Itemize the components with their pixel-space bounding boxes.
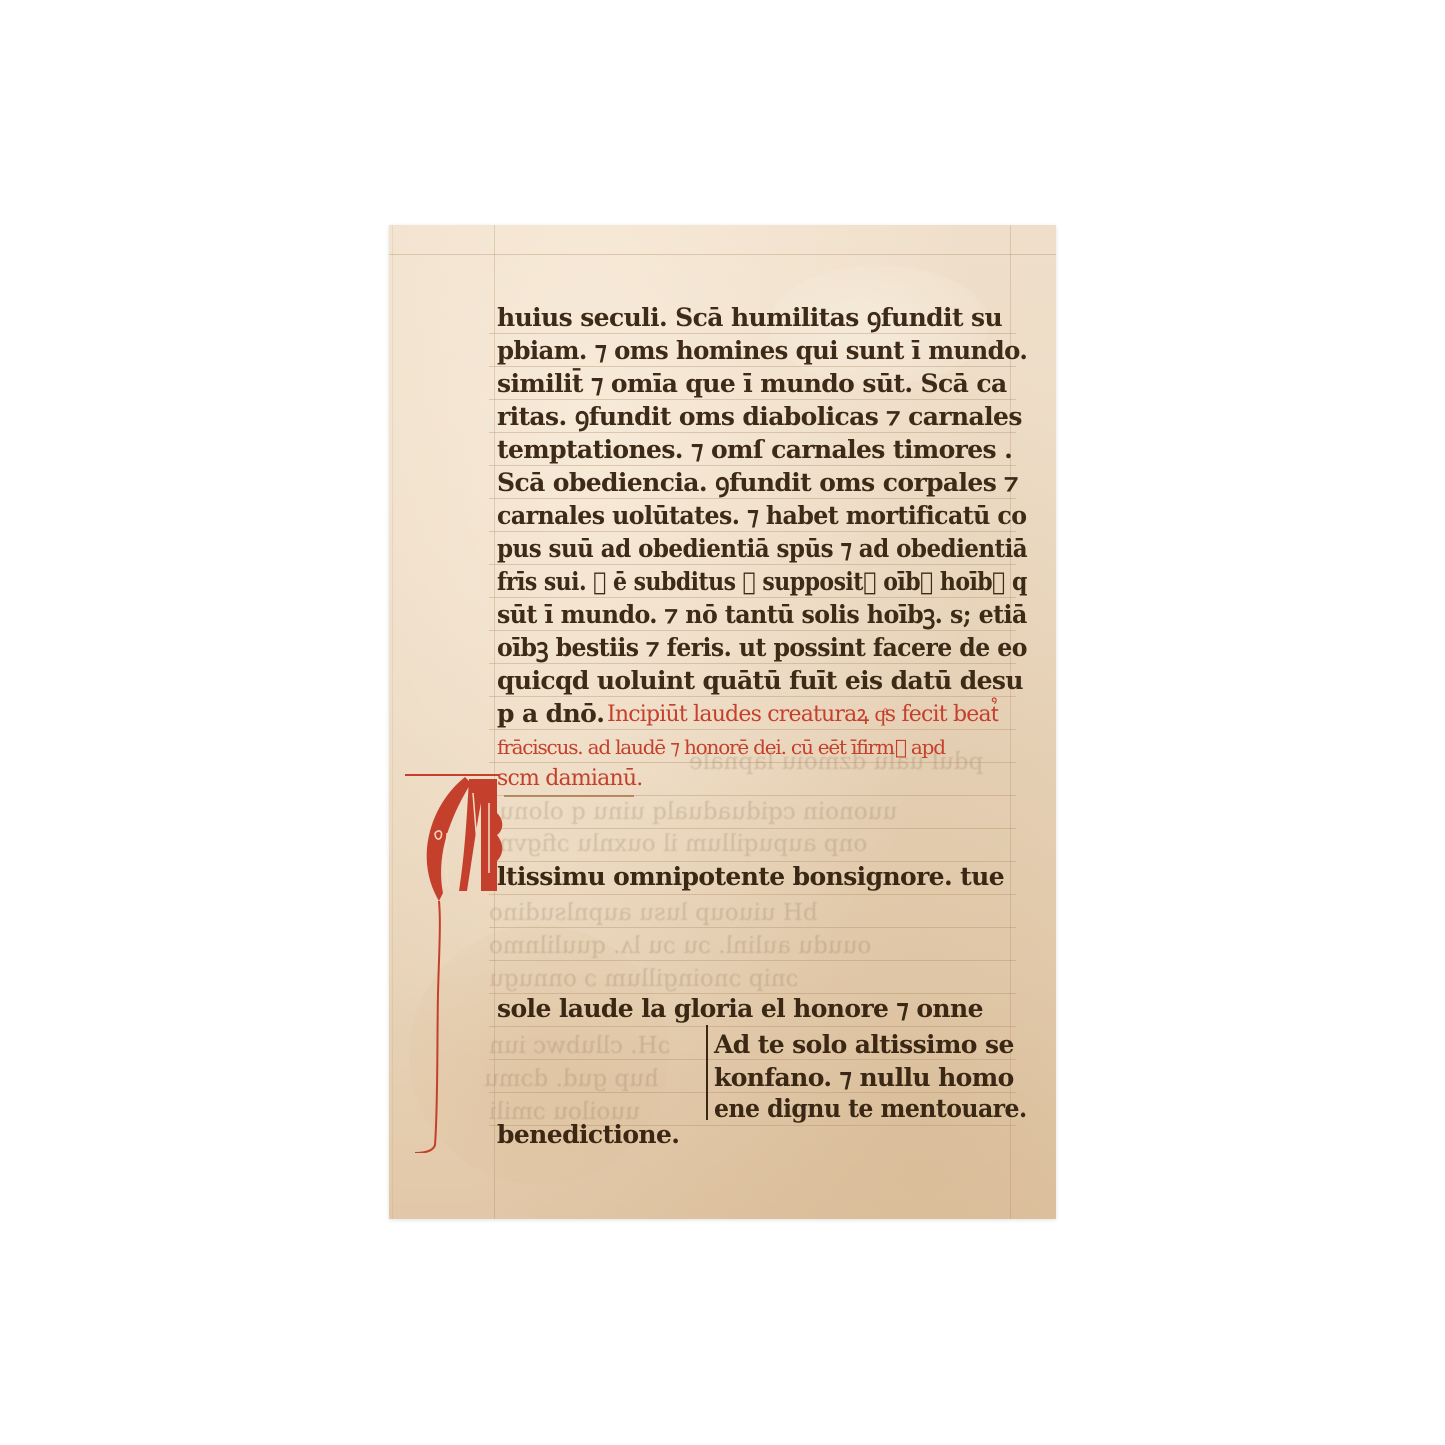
illuminated-initial-a [405, 773, 515, 1153]
latin-line: oībꝫ bestiis ⁊ feris. ut possint facere … [497, 633, 1027, 663]
latin-line: ritas. ꝯfundit oms diabolicas ⁊ carnales [497, 402, 1022, 432]
rubric-line: frāciscus. ad laudē ⁊ honorē dei. cū eēt… [497, 732, 945, 762]
bleed-through-text: bH uiuoup lusu aupnlsudino [489, 900, 818, 926]
bleed-through-text: onp aupuqillum il ouxnlu ɔfigvn [499, 831, 867, 857]
canticle-inset-line: Ad te solo altissimo se [714, 1030, 1014, 1060]
canticle-inset-line: ene dignu te mentouare. [714, 1094, 1027, 1124]
latin-line: similit̄ ⁊ omīa que ī mundo sūt. Scā ca [497, 369, 1007, 399]
latin-line: carnales uolūtates. ⁊ habet mortificatū … [497, 501, 1026, 531]
rubric-underline [504, 795, 634, 797]
ruling-line [489, 696, 1016, 697]
latin-line: frīs sui. ⁊ ē subditus ⁊ supposit᷒ oībꝫ … [497, 567, 1027, 597]
inset-marker-bar [706, 1025, 708, 1120]
ruling-line [489, 366, 1016, 367]
latin-line: pus suū ad obedientiā spūs ⁊ ad obedient… [497, 534, 1027, 564]
canticle-line: benedictione. [497, 1120, 679, 1150]
canticle-line: ltissimu omnipotente bonsignore. tue [497, 862, 1004, 892]
ruling-line [489, 828, 1016, 829]
ruling-line [489, 1026, 1016, 1027]
latin-line: huius seculi. Scā humilitas ꝯfundit su [497, 303, 1002, 333]
latin-line: pbiam. ⁊ oms homines qui sunt ī mundo. [497, 336, 1027, 366]
ruling-line [489, 597, 1016, 598]
bleed-through-text: ɔnip ɔnoingillum ɔ onnugu [489, 966, 799, 992]
latin-line-lead-in: p a dnō. [497, 699, 604, 729]
latin-line: Scā obediencia. ꝯfundit oms corpales ⁊ [497, 468, 1018, 498]
ruling-line [489, 960, 1016, 961]
latin-line: quicqd uoluint quātū fuīt eis datū desu [497, 666, 1023, 696]
ruling-line [489, 399, 1016, 400]
ruling-line [489, 498, 1016, 499]
manuscript-page: pdul ualu dzmoiu lapnale uuonoin cqiduad… [389, 225, 1056, 1219]
ruling-line [489, 630, 1016, 631]
ruling-line-vertical [392, 225, 393, 1219]
ruling-line [389, 254, 1056, 255]
rubric-line: scm damianū. [497, 764, 642, 794]
latin-line: temptationes. ⁊ omſ carnales timores . [497, 435, 1012, 465]
latin-line: sūt ī mundo. ⁊ nō tantū solis hoībꝫ. s; … [497, 600, 1027, 630]
bleed-through-text: ouudu aulinl. ɔu ɔu lʌ. quulilnmo [489, 933, 871, 959]
ruling-line [489, 432, 1016, 433]
canticle-inset-line: konfano. ⁊ nullu homo [714, 1063, 1014, 1093]
ruling-line [489, 465, 1016, 466]
ruling-line [489, 663, 1016, 664]
ruling-line [489, 531, 1016, 532]
bleed-through-text: uuonoin cqiduadualq uinu q olonu [499, 799, 897, 825]
ruling-line [489, 927, 1016, 928]
ruling-line [489, 564, 1016, 565]
rubric-line: Incipiūt laudes creaturaꝝ qͣs fecit beat… [607, 700, 998, 730]
bleed-through-text: ɔH. cllubwc iun [489, 1033, 671, 1059]
ruling-line [489, 894, 1016, 895]
ruling-line [489, 333, 1016, 334]
canticle-line: sole laude la gloria el honore ⁊ onne [497, 994, 983, 1024]
